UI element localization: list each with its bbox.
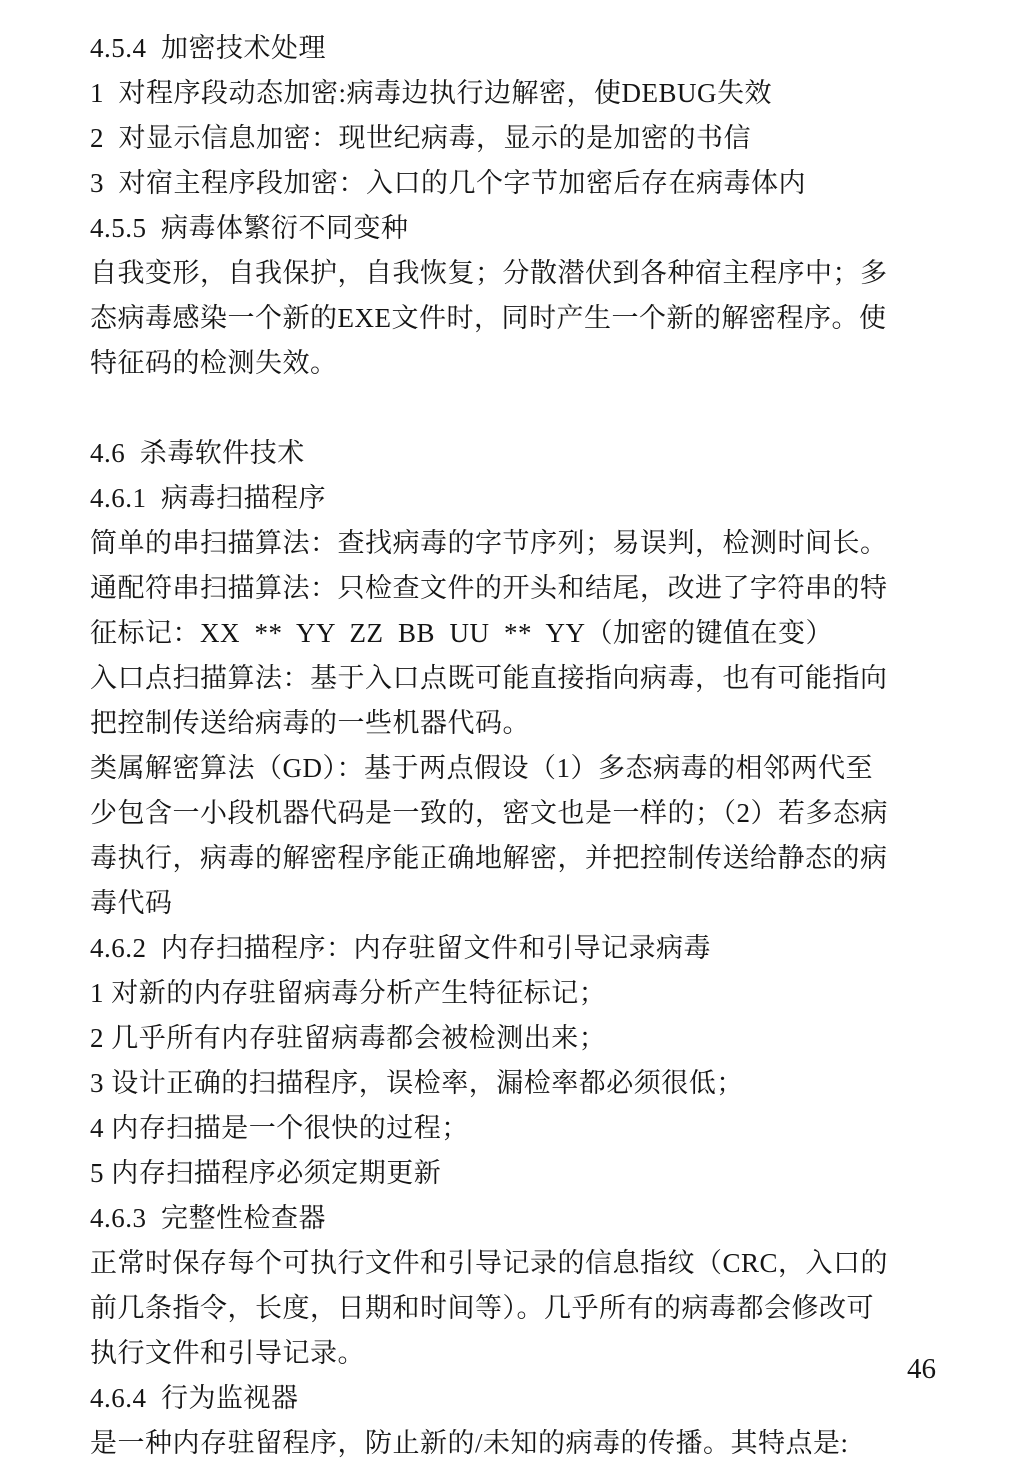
heading-4-6: 4.6 杀毒软件技术 — [90, 431, 890, 476]
text-line: 类属解密算法（GD）：基于两点假设（1）多态病毒的相邻两代至 — [90, 746, 890, 791]
list-item-memscan-1: 1 对新的内存驻留病毒分析产生特征标记； — [90, 971, 890, 1016]
text-line: 毒代码 — [90, 881, 890, 926]
text-line: 入口点扫描算法：基于入口点既可能直接指向病毒，也有可能指向 — [90, 656, 890, 701]
blank-line — [90, 386, 890, 431]
text-line: 少包含一小段机器代码是一致的，密文也是一样的；（2）若多态病 — [90, 791, 890, 836]
text-line: 自我变形，自我保护，自我恢复；分散潜伏到各种宿主程序中；多 — [90, 251, 890, 296]
list-item-encrypt-3: 3 对宿主程序段加密：入口的几个字节加密后存在病毒体内 — [90, 161, 890, 206]
text-line: 是一种内存驻留程序，防止新的/未知的病毒的传播。其特点是: — [90, 1421, 890, 1466]
heading-4-6-1: 4.6.1 病毒扫描程序 — [90, 476, 890, 521]
heading-4-6-3: 4.6.3 完整性检查器 — [90, 1196, 890, 1241]
heading-4-5-5: 4.5.5 病毒体繁衍不同变种 — [90, 206, 890, 251]
document-body: 4.5.4 加密技术处理 1 对程序段动态加密:病毒边执行边解密，使DEBUG失… — [90, 26, 890, 1466]
list-item-memscan-5: 5 内存扫描程序必须定期更新 — [90, 1151, 890, 1196]
list-item-memscan-2: 2 几乎所有内存驻留病毒都会被检测出来； — [90, 1016, 890, 1061]
text-line: 通配符串扫描算法：只检查文件的开头和结尾，改进了字符串的特 — [90, 566, 890, 611]
heading-4-6-2: 4.6.2 内存扫描程序：内存驻留文件和引导记录病毒 — [90, 926, 890, 971]
document-page: 4.5.4 加密技术处理 1 对程序段动态加密:病毒边执行边解密，使DEBUG失… — [0, 0, 1024, 1479]
text-line-signature-pattern: 征标记：XX ** YY ZZ BB UU ** YY（加密的键值在变） — [90, 611, 890, 656]
text-line: 特征码的检测失效。 — [90, 341, 890, 386]
text-line: 前几条指令，长度，日期和时间等）。几乎所有的病毒都会修改可 — [90, 1286, 890, 1331]
list-item-memscan-4: 4 内存扫描是一个很快的过程； — [90, 1106, 890, 1151]
list-item-encrypt-2: 2 对显示信息加密：现世纪病毒，显示的是加密的书信 — [90, 116, 890, 161]
heading-4-6-4: 4.6.4 行为监视器 — [90, 1376, 890, 1421]
text-line: 态病毒感染一个新的EXE文件时，同时产生一个新的解密程序。使 — [90, 296, 890, 341]
heading-4-5-4: 4.5.4 加密技术处理 — [90, 26, 890, 71]
page-number: 46 — [907, 1350, 936, 1388]
list-item-encrypt-1: 1 对程序段动态加密:病毒边执行边解密，使DEBUG失效 — [90, 71, 890, 116]
text-line: 毒执行，病毒的解密程序能正确地解密，并把控制传送给静态的病 — [90, 836, 890, 881]
text-line: 正常时保存每个可执行文件和引导记录的信息指纹（CRC，入口的 — [90, 1241, 890, 1286]
text-line: 把控制传送给病毒的一些机器代码。 — [90, 701, 890, 746]
text-line: 执行文件和引导记录。 — [90, 1331, 890, 1376]
text-line: 简单的串扫描算法：查找病毒的字节序列；易误判，检测时间长。 — [90, 521, 890, 566]
list-item-memscan-3: 3 设计正确的扫描程序，误检率，漏检率都必须很低； — [90, 1061, 890, 1106]
